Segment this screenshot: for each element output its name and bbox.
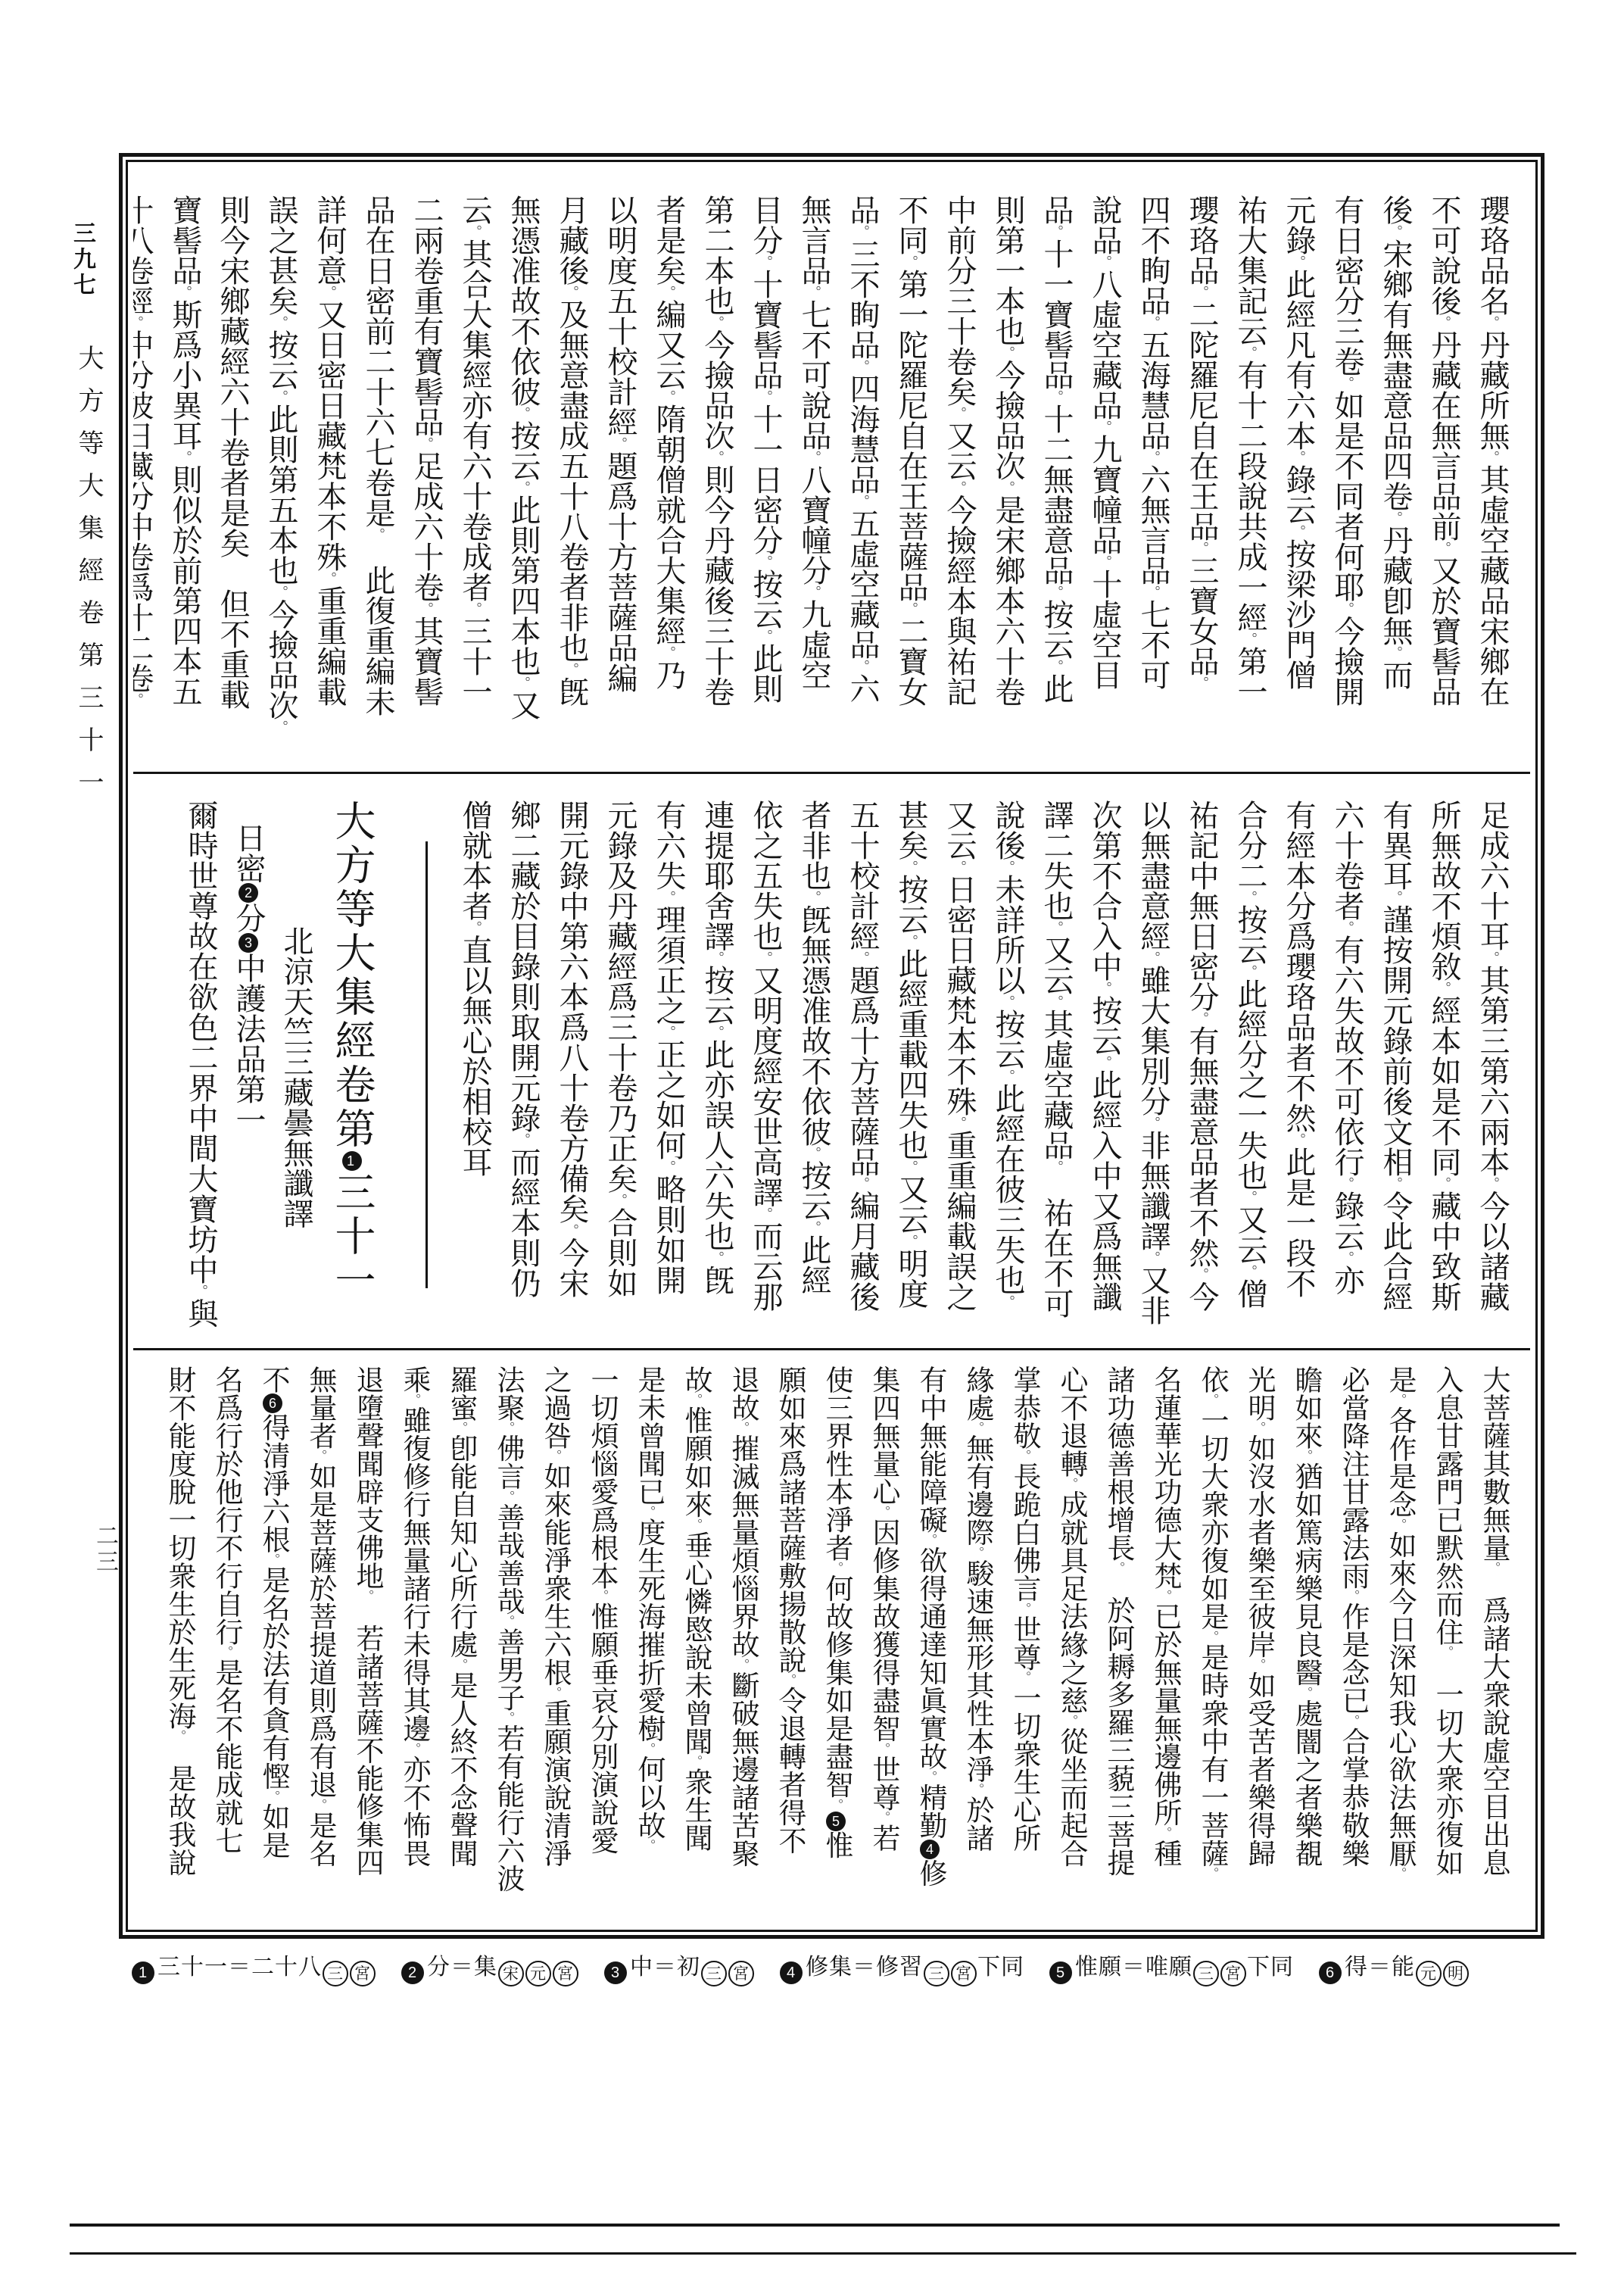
ideographic-full-stop: 。 bbox=[370, 528, 385, 535]
text-column: 則第一本也。今撿品次。是宋鄉本六十卷 bbox=[983, 195, 1032, 772]
text-column: 後。宋鄉有無盡意品四卷。丹藏卽無。而 bbox=[1371, 195, 1420, 772]
ideographic-full-stop: 。 bbox=[1291, 255, 1306, 269]
ideographic-full-stop: 。 bbox=[613, 1194, 628, 1207]
ideographic-full-stop: 。 bbox=[1339, 1177, 1354, 1191]
text-column: 中前分三十卷矣。又云。今撿經本與祐記 bbox=[935, 195, 983, 772]
text-column: 詳何意。又日密日藏梵本不殊。重重編載 bbox=[305, 195, 354, 772]
text-column: 甚矣。按云。此經重載四失也。又云。明度 bbox=[887, 800, 935, 1349]
ideographic-full-stop: 。 bbox=[516, 407, 531, 420]
ideographic-full-stop: 。 bbox=[500, 1615, 515, 1628]
footnote-marker: 5 bbox=[826, 1812, 846, 1831]
text-column: 退墮聲聞辟支佛地。 若諸菩薩不能修集四 bbox=[343, 1365, 390, 1924]
ideographic-full-stop: 。 bbox=[1017, 1603, 1031, 1615]
ideographic-full-stop: 。 bbox=[1242, 346, 1258, 360]
ideographic-full-stop: 。 bbox=[1146, 316, 1161, 329]
text-column: 瓔珞品。二陀羅尼自在王品。三寶女品。 bbox=[1177, 195, 1226, 772]
text-column: 品在日密前二十六七卷是。 此復重編未 bbox=[354, 195, 402, 772]
ideographic-full-stop: 。 bbox=[133, 693, 144, 707]
running-title: 大方等大集經卷第三十一 bbox=[70, 345, 107, 811]
text-column: 寶髻品。斯爲小異耳。則似於前第四本五 bbox=[161, 195, 209, 772]
ideographic-full-stop: 。 bbox=[266, 1553, 280, 1566]
text-column: 元錄。此經凡有六本。錄云。按梁沙門僧 bbox=[1274, 195, 1323, 772]
text-column: 說品。八虛空藏品。九寶幢品。十虛空目 bbox=[1080, 195, 1129, 772]
ideographic-full-stop: 。 bbox=[923, 1771, 937, 1784]
ideographic-full-stop: 。 bbox=[1345, 1590, 1360, 1603]
ideographic-full-stop: 。 bbox=[806, 585, 821, 599]
text-column: 一切煩惱愛爲根本。惟願垂哀分別演說愛 bbox=[578, 1365, 625, 1924]
text-column: 者是矣。編又云。隋朝僧就合大集經。乃 bbox=[644, 195, 693, 772]
ideographic-full-stop: 。 bbox=[688, 1393, 703, 1406]
ideographic-full-stop: 。 bbox=[407, 1393, 421, 1406]
middle-band: 足成六十耳。其第三第六兩本。今以諸藏所無故不煩敘。經本如是不同。藏中致斯有異耳。… bbox=[133, 774, 1530, 1351]
ideographic-full-stop: 。 bbox=[1291, 451, 1306, 464]
ideographic-full-stop: 。 bbox=[1158, 1590, 1172, 1603]
ideographic-full-stop: 。 bbox=[1339, 602, 1354, 616]
ideographic-full-stop: 。 bbox=[1242, 1191, 1258, 1204]
ideographic-full-stop: 。 bbox=[1485, 316, 1500, 329]
ideographic-full-stop: 。 bbox=[1436, 316, 1451, 329]
text-column: 有經本分爲瓔珞品者不然。此是一段不 bbox=[1274, 800, 1323, 1349]
ideographic-full-stop: 。 bbox=[876, 1812, 890, 1824]
ideographic-full-stop: 。 bbox=[1064, 1715, 1078, 1727]
edition-siglum: 宮 bbox=[951, 1961, 977, 1986]
text-column: 六十卷者。有六失故不可依行。錄云。亦 bbox=[1323, 800, 1371, 1349]
ideographic-full-stop: 。 bbox=[1205, 1868, 1219, 1880]
ideographic-full-stop: 。 bbox=[952, 860, 967, 874]
ideographic-full-stop: 。 bbox=[1097, 255, 1112, 269]
edition-siglum: 元 bbox=[1416, 1961, 1442, 1986]
ideographic-full-stop: 。 bbox=[1146, 451, 1161, 464]
ideographic-full-stop: 。 bbox=[594, 1590, 609, 1603]
ideographic-full-stop: 。 bbox=[1436, 982, 1451, 995]
text-column: 祐大集記云。有十二段說共成一經。第一 bbox=[1226, 195, 1274, 772]
text-column: 不同。第一陀羅尼自在王菩薩品。二寶女 bbox=[887, 195, 935, 772]
ideographic-full-stop: 。 bbox=[419, 437, 434, 451]
top-band-collation-notes: 瓔珞品名。丹藏所無。其虛空藏品宋鄉在不可說後。丹藏在無言品前。又於寶髻品後。宋鄉… bbox=[133, 167, 1530, 774]
ideographic-full-stop: 。 bbox=[709, 1025, 725, 1039]
bottom-rule-2 bbox=[70, 2252, 1576, 2255]
footnote-marker: 4 bbox=[920, 1840, 940, 1859]
ideographic-full-stop: 。 bbox=[1339, 1251, 1354, 1265]
ideographic-full-stop: 。 bbox=[547, 1687, 562, 1699]
ideographic-full-stop: 。 bbox=[903, 602, 918, 616]
ideographic-full-stop: 。 bbox=[1097, 1056, 1112, 1069]
ideographic-full-stop: 。 bbox=[735, 1659, 750, 1671]
ideographic-full-stop: 。 bbox=[758, 390, 773, 404]
ideographic-full-stop: 。 bbox=[1000, 346, 1015, 360]
ideographic-full-stop: 。 bbox=[855, 360, 870, 373]
ideographic-full-stop: 。 bbox=[313, 1450, 327, 1462]
ideographic-full-stop: 。 bbox=[661, 390, 676, 404]
ideographic-full-stop: 。 bbox=[876, 1743, 890, 1755]
ideographic-full-stop: 。 bbox=[1298, 1687, 1313, 1699]
ideographic-full-stop: 。 bbox=[273, 316, 288, 329]
ideographic-full-stop: 。 bbox=[1000, 1295, 1015, 1309]
ideographic-full-stop: 。 bbox=[1485, 1177, 1500, 1191]
text-column: 願如來爲諸菩薩敷揚散說。令退轉者得不 bbox=[765, 1365, 812, 1924]
text-column: 又云。日密日藏梵本不殊。重重編載誤之 bbox=[935, 800, 983, 1349]
ideographic-full-stop: 。 bbox=[1388, 891, 1403, 904]
ideographic-full-stop: 。 bbox=[1436, 541, 1451, 555]
text-column: 掌恭敬。長跪白佛言。世尊。一切衆生心所 bbox=[1000, 1365, 1047, 1924]
text-column: 依。一切大衆亦復如是。是時衆中有一菩薩。 bbox=[1188, 1365, 1235, 1924]
ideographic-full-stop: 。 bbox=[177, 451, 192, 464]
ideographic-full-stop: 。 bbox=[1049, 225, 1064, 239]
text-column: 月藏後。及無意盡成五十八卷者非也。旣 bbox=[547, 195, 596, 772]
text-column: 有異耳。謹按開元錄前後文相。令此合經 bbox=[1371, 800, 1420, 1349]
ideographic-full-stop: 。 bbox=[1194, 1012, 1209, 1025]
apparatus-footnote-line: 1三十一＝二十八三宮 2分＝集宋元宮 3中＝初三宮 4修集＝修習三宮下同 5惟願… bbox=[130, 1948, 1569, 1986]
ideographic-full-stop: 。 bbox=[1298, 1450, 1313, 1462]
ideographic-full-stop: 。 bbox=[1205, 1393, 1219, 1406]
bottom-band-sutra-text: 大菩薩其數無量。 爲諸大衆說虛空目出息入息甘露門已默然而住。 一切大衆亦復如是。… bbox=[133, 1350, 1530, 1924]
text-column: 元錄及丹藏經爲三十卷乃正矣。合則如 bbox=[596, 800, 644, 1349]
text-column: 緣處。無有邊際。駿速無形其性本淨。於諸 bbox=[953, 1365, 1000, 1924]
text-column: 無言品。七不可說品。八寶幢分。九虛空 bbox=[790, 195, 838, 772]
ideographic-full-stop: 。 bbox=[903, 1234, 918, 1248]
ideographic-full-stop: 。 bbox=[564, 663, 579, 676]
footnote-marker: 1 bbox=[132, 1961, 154, 1984]
ideographic-full-stop: 。 bbox=[1388, 511, 1403, 525]
ideographic-full-stop: 。 bbox=[1146, 1116, 1161, 1130]
ideographic-full-stop: 。 bbox=[407, 1743, 421, 1755]
text-column: 入息甘露門已默然而住。 一切大衆亦復如 bbox=[1423, 1365, 1470, 1924]
text-column: 財不能度脫一切衆生於生死海。 是故我說 bbox=[155, 1365, 202, 1924]
ideographic-full-stop: 。 bbox=[1242, 965, 1258, 978]
ideographic-full-stop: 。 bbox=[516, 1133, 531, 1147]
ideographic-full-stop: 。 bbox=[1242, 891, 1258, 904]
ideographic-full-stop: 。 bbox=[1252, 1422, 1266, 1434]
ideographic-full-stop: 。 bbox=[641, 1506, 656, 1518]
text-column: 說後。未詳所以。按云。此經在彼三失也。 bbox=[983, 800, 1032, 1349]
text-column: 云。其合大集經亦有六十卷成者。三十一 bbox=[450, 195, 499, 772]
ideographic-full-stop: 。 bbox=[516, 481, 531, 495]
ideographic-full-stop: 。 bbox=[855, 495, 870, 508]
text-column: 以無盡意經。雖大集別分。非無讖譯。又非 bbox=[1129, 800, 1177, 1349]
ideographic-full-stop: 。 bbox=[313, 1799, 327, 1812]
text-column: 不6得清淨六根。是名於法有貪有慳。如是 bbox=[249, 1365, 296, 1924]
ideographic-full-stop: 。 bbox=[1049, 660, 1064, 673]
footnote-marker: 3 bbox=[238, 933, 258, 953]
ideographic-full-stop: 。 bbox=[1146, 585, 1161, 599]
bottom-rule-1 bbox=[70, 2224, 1560, 2227]
text-column: 退故。摧滅無量煩惱界故。斷破無邊諸苦聚 bbox=[718, 1365, 765, 1924]
text-column: 諸功德善根增長。 於阿耨多羅三藐三菩提 bbox=[1094, 1365, 1141, 1924]
ideographic-full-stop: 。 bbox=[1049, 921, 1064, 935]
edition-siglum: 宮 bbox=[553, 1961, 578, 1986]
ideographic-full-stop: 。 bbox=[564, 286, 579, 299]
footnote-marker: 2 bbox=[238, 883, 258, 903]
text-column: 必當降注甘露法雨。作是念已。合掌恭敬樂 bbox=[1329, 1365, 1376, 1924]
text-column: 乘。雖復修行無量諸行未得其邊。亦不怖畏 bbox=[390, 1365, 437, 1924]
collation-notes-columns: 足成六十耳。其第三第六兩本。今以諸藏所無故不煩敘。經本如是不同。藏中致斯有異耳。… bbox=[450, 800, 1516, 1349]
edition-siglum: 明 bbox=[1443, 1961, 1469, 1986]
ideographic-full-stop: 。 bbox=[1439, 1646, 1454, 1652]
ideographic-full-stop: 。 bbox=[193, 1284, 208, 1298]
ideographic-full-stop: 。 bbox=[806, 1147, 821, 1160]
ideographic-full-stop: 。 bbox=[1049, 1160, 1064, 1167]
text-column: 以明度五十校計經。題爲十方菩薩品編 bbox=[596, 195, 644, 772]
ideographic-full-stop: 。 bbox=[1252, 1659, 1266, 1671]
text-bands: 瓔珞品名。丹藏所無。其虛空藏品宋鄉在不可說後。丹藏在無言品前。又於寶髻品後。宋鄉… bbox=[133, 167, 1530, 1924]
edition-siglum: 三 bbox=[1193, 1961, 1219, 1986]
ideographic-full-stop: 。 bbox=[709, 451, 725, 464]
text-column: 合分二。按云。此經分之一失也。又云。僧 bbox=[1226, 800, 1274, 1349]
ideographic-full-stop: 。 bbox=[806, 891, 821, 904]
ideographic-full-stop: 。 bbox=[903, 935, 918, 948]
ideographic-full-stop: 。 bbox=[500, 1712, 515, 1724]
ideographic-full-stop: 。 bbox=[1064, 1478, 1078, 1490]
ideographic-full-stop: 。 bbox=[1097, 420, 1112, 434]
chapter-heading: 日密2分3中護法品第一 bbox=[225, 800, 273, 1349]
ideographic-full-stop: 。 bbox=[923, 1534, 937, 1546]
text-column: 次第不合入中。按云。此經入中又爲無讖 bbox=[1080, 800, 1129, 1349]
ideographic-full-stop: 。 bbox=[1017, 1671, 1031, 1684]
ideographic-full-stop: 。 bbox=[829, 1562, 843, 1574]
ideographic-full-stop: 。 bbox=[855, 951, 870, 965]
text-column: 祐記中無日密分。有無盡意品者不然。今 bbox=[1177, 800, 1226, 1349]
ideographic-full-stop: 。 bbox=[876, 1506, 890, 1518]
ideographic-full-stop: 。 bbox=[855, 1177, 870, 1191]
ideographic-full-stop: 。 bbox=[500, 1422, 515, 1434]
ideographic-full-stop: 。 bbox=[1485, 951, 1500, 965]
ideographic-full-stop: 。 bbox=[1000, 995, 1015, 1009]
ideographic-full-stop: 。 bbox=[952, 481, 967, 495]
text-column: 無憑准故不依彼。按云。此則第四本也。又 bbox=[499, 195, 547, 772]
text-column: 者非也。旣無憑准故不依彼。按云。此經 bbox=[790, 800, 838, 1349]
text-column: 十八卷經。中分彼日藏分中卷爲十二卷。 bbox=[133, 195, 161, 772]
ideographic-full-stop: 。 bbox=[806, 286, 821, 299]
text-column: 故。惟願如來。垂心憐愍說未曾聞。衆生聞 bbox=[672, 1365, 718, 1924]
edition-siglum: 宮 bbox=[728, 1961, 754, 1986]
ideographic-full-stop: 。 bbox=[1097, 982, 1112, 995]
sutra-title: 大方等大集經卷第1三十一 bbox=[320, 800, 384, 1349]
ideographic-full-stop: 。 bbox=[661, 891, 676, 904]
text-column: 目分。十寶髻品。十一日密分。按云。此則 bbox=[741, 195, 790, 772]
edition-siglum: 宮 bbox=[350, 1961, 376, 1986]
ideographic-full-stop: 。 bbox=[266, 1790, 280, 1803]
ideographic-full-stop: 。 bbox=[641, 1840, 656, 1852]
text-column: 所無故不煩敘。經本如是不同。藏中致斯 bbox=[1420, 800, 1468, 1349]
ideographic-full-stop: 。 bbox=[1049, 585, 1064, 599]
ideographic-full-stop: 。 bbox=[1194, 676, 1209, 690]
text-column: 之過咎。如來能淨衆生六根。重願演說清淨 bbox=[531, 1365, 578, 1924]
ideographic-full-stop: 。 bbox=[758, 1207, 773, 1221]
ideographic-full-stop: 。 bbox=[1388, 1177, 1403, 1191]
ideographic-full-stop: 。 bbox=[688, 1518, 703, 1531]
text-column: 五十校計經。題爲十方菩薩品。編月藏後 bbox=[838, 800, 887, 1349]
text-column: 瞻如來。猶如篤病樂見良醫。處闇之者樂覩 bbox=[1282, 1365, 1329, 1924]
ideographic-full-stop: 。 bbox=[952, 407, 967, 420]
ideographic-full-stop: 。 bbox=[273, 585, 288, 599]
ideographic-full-stop: 。 bbox=[688, 1755, 703, 1768]
ideographic-full-stop: 。 bbox=[1146, 1251, 1161, 1265]
text-column: 譯二失也。又云。其虛空藏品。 祐在不可 bbox=[1032, 800, 1080, 1349]
ideographic-full-stop: 。 bbox=[829, 1799, 843, 1812]
ideographic-full-stop: 。 bbox=[661, 646, 676, 660]
ideographic-full-stop: 。 bbox=[758, 951, 773, 965]
ideographic-full-stop: 。 bbox=[1291, 525, 1306, 538]
ideographic-full-stop: 。 bbox=[1158, 1827, 1172, 1840]
ideographic-full-stop: 。 bbox=[547, 1450, 562, 1462]
ideographic-full-stop: 。 bbox=[806, 1221, 821, 1234]
text-column: 名爲行於他行不行自行。是名不能成就七 bbox=[202, 1365, 249, 1924]
ideographic-full-stop: 。 bbox=[903, 860, 918, 874]
ideographic-full-stop: 。 bbox=[177, 286, 192, 299]
ideographic-full-stop: 。 bbox=[1486, 1562, 1501, 1568]
ideographic-full-stop: 。 bbox=[322, 286, 337, 299]
ideographic-full-stop: 。 bbox=[1392, 1393, 1407, 1406]
ideographic-full-stop: 。 bbox=[1388, 225, 1403, 239]
ideographic-full-stop: 。 bbox=[1485, 451, 1500, 464]
ideographic-full-stop: 。 bbox=[1345, 1715, 1360, 1727]
ideographic-full-stop: 。 bbox=[1205, 1631, 1219, 1643]
text-column: 使三界性本淨者。何故修集如是盡智。5惟 bbox=[812, 1365, 859, 1924]
translator-line: 北涼天竺三藏曇無讖譯 bbox=[273, 800, 320, 1349]
text-column: 有六失。理須正之。正之如何。略則如開 bbox=[644, 800, 693, 1349]
text-column: 僧就本者。直以無心於相校耳 bbox=[450, 800, 499, 1349]
ideographic-full-stop: 。 bbox=[1339, 376, 1354, 390]
text-column: 是未曾聞已。度生死海摧折愛樹。何以故。 bbox=[625, 1365, 672, 1924]
ideographic-full-stop: 。 bbox=[1242, 1265, 1258, 1278]
text-column: 光明。如沒水者樂至彼岸。如受苦者樂得歸 bbox=[1235, 1365, 1282, 1924]
text-column: 名蓮華光功德大梵。已於無量無邊佛所。種 bbox=[1141, 1365, 1188, 1924]
text-column: 誤之甚矣。按云。此則第五本也。今撿品次。 bbox=[257, 195, 305, 772]
ideographic-full-stop: 。 bbox=[1242, 632, 1258, 646]
text-column: 四不眴品。五海慧品。六無言品。七不可 bbox=[1129, 195, 1177, 772]
scanned-sutra-page: 三九七 大方等大集經卷第三十一 二三 瓔珞品名。丹藏所無。其虛空藏品宋鄉在不可說… bbox=[0, 0, 1624, 2272]
text-column: 不可說後。丹藏在無言品前。又於寶髻品 bbox=[1420, 195, 1468, 772]
text-column: 羅蜜。卽能自知心所行處。是人終不念聲聞 bbox=[437, 1365, 484, 1924]
ideographic-full-stop: 。 bbox=[1392, 1518, 1407, 1531]
ideographic-full-stop: 。 bbox=[806, 451, 821, 464]
edition-siglum: 宮 bbox=[1220, 1961, 1246, 1986]
text-column: 鄉二藏於目錄則取開元錄。而經本則仍 bbox=[499, 800, 547, 1349]
ideographic-full-stop: 。 bbox=[709, 1251, 725, 1265]
footnote-marker: 2 bbox=[401, 1961, 424, 1984]
ideographic-full-stop: 。 bbox=[454, 1659, 468, 1671]
text-column: 集四無量心。因修集故獲得盡智。世尊。若 bbox=[859, 1365, 906, 1924]
text-column: 則今宋鄉藏經六十卷者是矣 但不重載 bbox=[209, 195, 257, 772]
footnote-marker: 1 bbox=[342, 1151, 362, 1171]
text-column: 法聚。佛言。善哉善哉。善男子。若有能行六波 bbox=[484, 1365, 531, 1924]
text-column: 大菩薩其數無量。 爲諸大衆說虛空目出息 bbox=[1470, 1365, 1516, 1924]
text-column: 品。三不眴品。四海慧品。五虛空藏品。六 bbox=[838, 195, 887, 772]
ideographic-full-stop: 。 bbox=[1339, 921, 1354, 935]
ideographic-full-stop: 。 bbox=[709, 316, 725, 329]
ideographic-full-stop: 。 bbox=[564, 1224, 579, 1237]
text-column: 足成六十耳。其第三第六兩本。今以諸藏 bbox=[1468, 800, 1516, 1349]
ideographic-full-stop: 。 bbox=[970, 1546, 984, 1559]
ideographic-full-stop: 。 bbox=[1049, 995, 1064, 1009]
ideographic-full-stop: 。 bbox=[467, 602, 482, 616]
ideographic-full-stop: 。 bbox=[172, 1730, 186, 1736]
ideographic-full-stop: 。 bbox=[1291, 1133, 1306, 1147]
page-number: 三九七 bbox=[65, 221, 98, 298]
ideographic-full-stop: 。 bbox=[1049, 390, 1064, 404]
ideographic-full-stop: 。 bbox=[613, 437, 628, 451]
folio-number: 二三 bbox=[88, 1524, 121, 1575]
footnote-marker: 5 bbox=[1049, 1961, 1072, 1984]
footnote-marker: 6 bbox=[1319, 1961, 1342, 1984]
footnote-marker: 4 bbox=[780, 1961, 803, 1984]
ideographic-full-stop: 。 bbox=[360, 1590, 374, 1596]
text-column: 瓔珞品名。丹藏所無。其虛空藏品宋鄉在 bbox=[1468, 195, 1516, 772]
ideographic-full-stop: 。 bbox=[970, 1784, 984, 1796]
ideographic-full-stop: 。 bbox=[1146, 951, 1161, 965]
ideographic-full-stop: 。 bbox=[454, 1422, 468, 1434]
ideographic-full-stop: 。 bbox=[133, 316, 144, 329]
ideographic-full-stop: 。 bbox=[322, 572, 337, 585]
text-column: 二兩卷重有寶髻品。足成六十卷。其寶髻 bbox=[402, 195, 450, 772]
ideographic-full-stop: 。 bbox=[661, 1160, 676, 1174]
ideographic-full-stop: 。 bbox=[855, 225, 870, 239]
ideographic-full-stop: 。 bbox=[419, 602, 434, 616]
ideographic-full-stop: 。 bbox=[1392, 1868, 1407, 1880]
ideographic-full-stop: 。 bbox=[903, 1160, 918, 1174]
footnote-marker: 6 bbox=[263, 1393, 282, 1413]
ideographic-full-stop: 。 bbox=[516, 676, 531, 690]
footnote-marker: 3 bbox=[604, 1961, 627, 1984]
ideographic-full-stop: 。 bbox=[467, 225, 482, 239]
opening-line: 爾時世尊故在欲色二界中間大寶坊中。與 bbox=[176, 800, 225, 1349]
ideographic-full-stop: 。 bbox=[735, 1422, 750, 1434]
ideographic-full-stop: 。 bbox=[1194, 1268, 1209, 1281]
ideographic-full-stop: 。 bbox=[1194, 541, 1209, 555]
edition-siglum: 宋 bbox=[498, 1961, 524, 1986]
text-column: 心不退轉。成就具足法緣之慈。從坐而起合 bbox=[1047, 1365, 1094, 1924]
ideographic-full-stop: 。 bbox=[903, 255, 918, 269]
ideographic-full-stop: 。 bbox=[855, 660, 870, 673]
ideographic-full-stop: 。 bbox=[758, 555, 773, 569]
section-divider-rule bbox=[425, 841, 428, 1288]
ideographic-full-stop: 。 bbox=[1388, 646, 1403, 660]
ideographic-full-stop: 。 bbox=[758, 629, 773, 643]
ideographic-full-stop: 。 bbox=[500, 1490, 515, 1503]
text-column: 無量者。如是菩薩於菩提道則爲有退。是名 bbox=[296, 1365, 343, 1924]
text-column: 是。各作是念。如來今日深知我心欲法無厭。 bbox=[1376, 1365, 1423, 1924]
text-column: 依之五失也。又明度經安世高譯。而云那 bbox=[741, 800, 790, 1349]
ideographic-full-stop: 。 bbox=[219, 1646, 233, 1659]
ideographic-full-stop: 。 bbox=[1097, 555, 1112, 569]
ideographic-full-stop: 。 bbox=[467, 921, 482, 935]
text-frame: 瓔珞品名。丹藏所無。其虛空藏品宋鄉在不可說後。丹藏在無言品前。又於寶髻品後。宋鄉… bbox=[119, 153, 1545, 1939]
ideographic-full-stop: 。 bbox=[782, 1674, 796, 1687]
ideographic-full-stop: 。 bbox=[1000, 1069, 1015, 1083]
ideographic-full-stop: 。 bbox=[273, 720, 288, 734]
ideographic-full-stop: 。 bbox=[1000, 860, 1015, 874]
text-column: 有中無能障礙。欲得通達知眞實故。精勤4修 bbox=[906, 1365, 953, 1924]
ideographic-full-stop: 。 bbox=[641, 1743, 656, 1755]
ideographic-full-stop: 。 bbox=[1436, 1177, 1451, 1191]
ideographic-full-stop: 。 bbox=[661, 1025, 676, 1039]
text-column: 第二本也。今撿品次。則今丹藏後三十卷 bbox=[693, 195, 741, 772]
edition-siglum: 三 bbox=[701, 1961, 727, 1986]
ideographic-full-stop: 。 bbox=[970, 1422, 984, 1434]
ideographic-full-stop: 。 bbox=[1000, 481, 1015, 495]
ideographic-full-stop: 。 bbox=[1111, 1562, 1125, 1568]
edition-siglum: 元 bbox=[525, 1961, 551, 1986]
ideographic-full-stop: 。 bbox=[661, 286, 676, 299]
ideographic-full-stop: 。 bbox=[952, 1116, 967, 1130]
ideographic-full-stop: 。 bbox=[1194, 286, 1209, 299]
ideographic-full-stop: 。 bbox=[709, 951, 725, 965]
text-column: 品。十一寶髻品。十二無盡意品。按云。此 bbox=[1032, 195, 1080, 772]
text-column: 連提耶舍譯。按云。此亦誤人六失也。旣 bbox=[693, 800, 741, 1349]
ideographic-full-stop: 。 bbox=[758, 255, 773, 269]
ideographic-full-stop: 。 bbox=[1017, 1450, 1031, 1462]
text-column: 開元錄中第六本爲八十卷方備矣。今宋 bbox=[547, 800, 596, 1349]
